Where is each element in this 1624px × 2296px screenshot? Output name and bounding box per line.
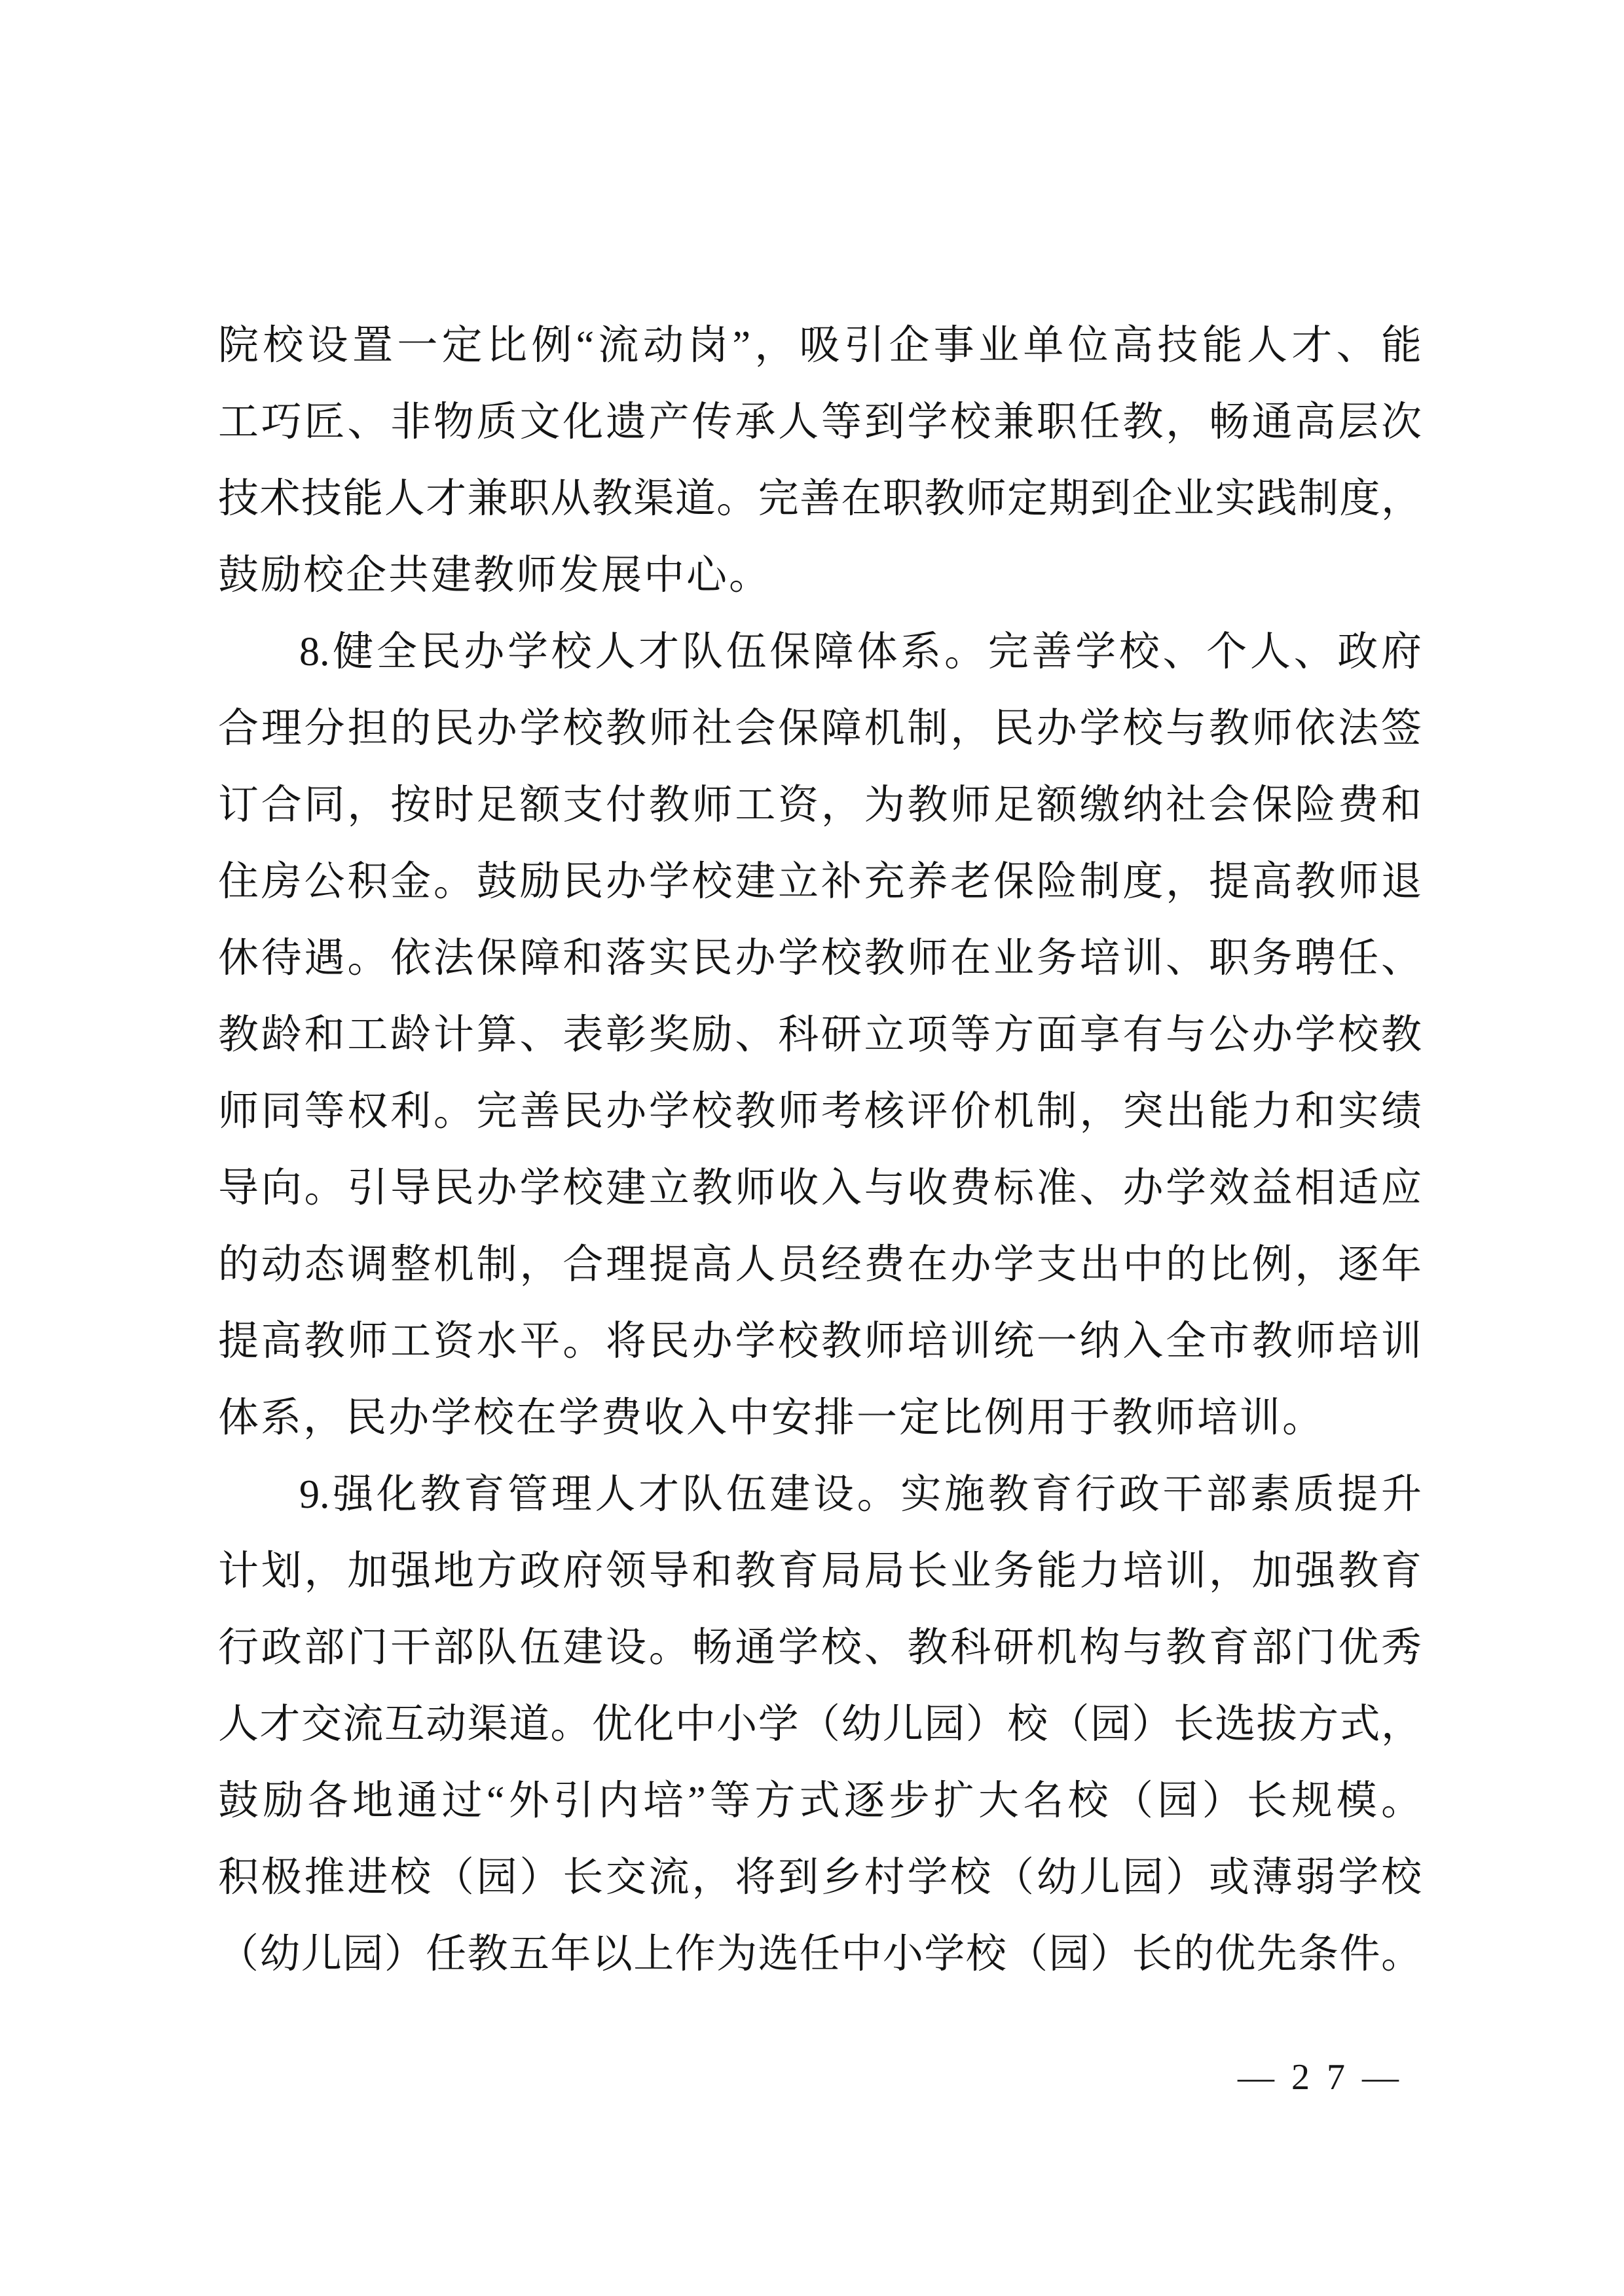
text-line: 院校设置一定比例“流动岗”，吸引企事业单位高技能人才、能 xyxy=(218,308,1422,384)
document-body: 院校设置一定比例“流动岗”，吸引企事业单位高技能人才、能 工巧匠、非物质文化遗产… xyxy=(218,308,1422,1993)
text-line: 计划，加强地方政府领导和教育局局长业务能力培训，加强教育 xyxy=(218,1533,1422,1610)
text-line: 住房公积金。鼓励民办学校建立补充养老保险制度，提高教师退 xyxy=(218,844,1422,920)
text-line: 合理分担的民办学校教师社会保障机制，民办学校与教师依法签 xyxy=(218,691,1422,767)
text-line: 休待遇。依法保障和落实民办学校教师在业务培训、职务聘任、 xyxy=(218,920,1422,997)
text-line-item-9: 9.强化教育管理人才队伍建设。实施教育行政干部素质提升 xyxy=(218,1457,1422,1533)
text-line: 技术技能人才兼职从教渠道。完善在职教师定期到企业实践制度， xyxy=(218,461,1422,538)
text-line: 积极推进校（园）长交流，将到乡村学校（幼儿园）或薄弱学校 xyxy=(218,1840,1422,1916)
page-number: — 2 7 — xyxy=(1238,2054,1434,2100)
text-line: 鼓励校企共建教师发展中心。 xyxy=(218,538,1422,614)
text-line: （幼儿园）任教五年以上作为选任中小学校（园）长的优先条件。 xyxy=(218,1916,1422,1993)
document-page: 院校设置一定比例“流动岗”，吸引企事业单位高技能人才、能 工巧匠、非物质文化遗产… xyxy=(0,0,1624,2296)
text-line: 导向。引导民办学校建立教师收入与收费标准、办学效益相适应 xyxy=(218,1150,1422,1227)
text-line: 教龄和工龄计算、表彰奖励、科研立项等方面享有与公办学校教 xyxy=(218,997,1422,1074)
text-line: 提高教师工资水平。将民办学校教师培训统一纳入全市教师培训 xyxy=(218,1303,1422,1380)
text-line: 体系，民办学校在学费收入中安排一定比例用于教师培训。 xyxy=(218,1380,1422,1457)
text-line: 人才交流互动渠道。优化中小学（幼儿园）校（园）长选拔方式， xyxy=(218,1686,1422,1763)
text-line: 订合同，按时足额支付教师工资，为教师足额缴纳社会保险费和 xyxy=(218,767,1422,844)
text-line: 行政部门干部队伍建设。畅通学校、教科研机构与教育部门优秀 xyxy=(218,1610,1422,1686)
text-line-item-8: 8.健全民办学校人才队伍保障体系。完善学校、个人、政府 xyxy=(218,614,1422,691)
text-line: 工巧匠、非物质文化遗产传承人等到学校兼职任教，畅通高层次 xyxy=(218,384,1422,461)
text-line: 师同等权利。完善民办学校教师考核评价机制，突出能力和实绩 xyxy=(218,1074,1422,1150)
text-line: 鼓励各地通过“外引内培”等方式逐步扩大名校（园）长规模。 xyxy=(218,1763,1422,1840)
text-line: 的动态调整机制，合理提高人员经费在办学支出中的比例，逐年 xyxy=(218,1227,1422,1303)
